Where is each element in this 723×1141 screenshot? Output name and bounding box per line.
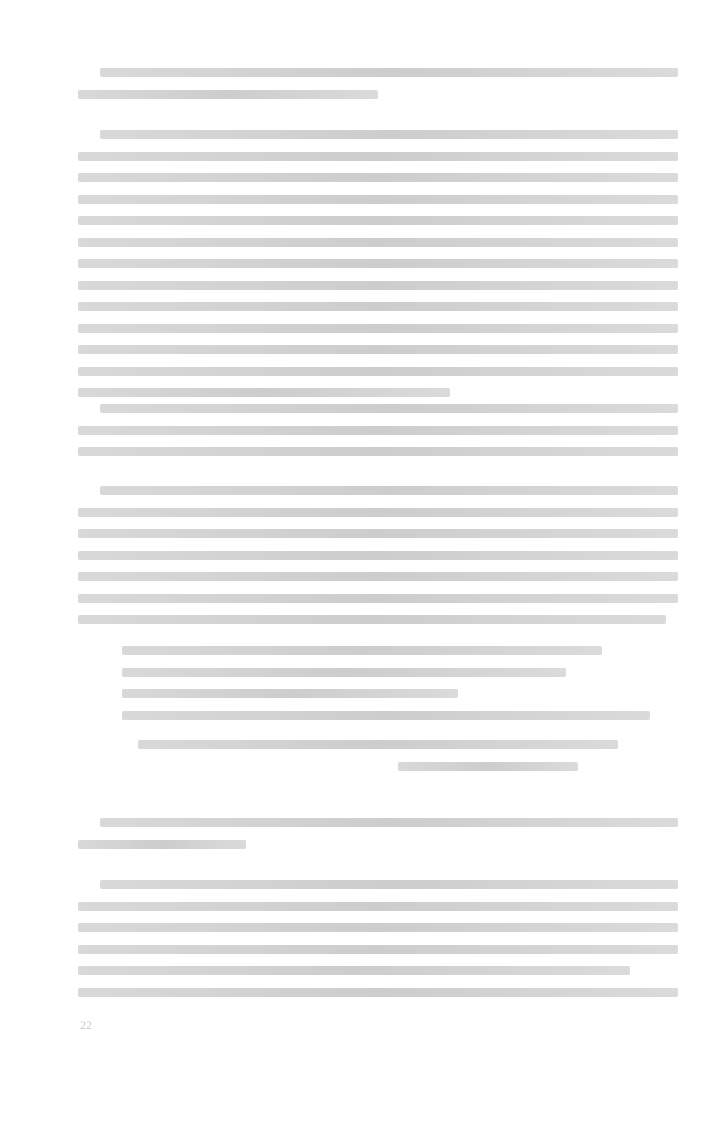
- paragraph-5: [illegible — indented block, 4 lines]: [78, 646, 678, 732]
- text-line: [78, 426, 678, 435]
- paragraph-text: [illegible — 7 lines]: [78, 486, 79, 487]
- paragraph-1: [illegible — 2 lines]: [78, 68, 678, 111]
- paragraph-7: [illegible — 2 lines]: [78, 818, 678, 861]
- paragraph-text: [illegible — indented block, 4 lines]: [78, 646, 79, 647]
- paragraph-text: [illegible — 2 lines]: [78, 818, 79, 819]
- text-line: [78, 281, 678, 290]
- text-line: [122, 646, 602, 655]
- text-line: [78, 966, 630, 975]
- text-line: [78, 259, 678, 268]
- text-line: [78, 324, 678, 333]
- text-line: [78, 345, 678, 354]
- text-line: [78, 551, 678, 560]
- text-line: [78, 945, 678, 954]
- text-line: [122, 668, 566, 677]
- text-line: [78, 152, 678, 161]
- text-line: [78, 572, 678, 581]
- text-line: [78, 923, 678, 932]
- text-line: [78, 216, 678, 225]
- text-line: [78, 508, 678, 517]
- text-line: [78, 529, 678, 538]
- text-line: [78, 90, 378, 99]
- text-line: [78, 447, 678, 456]
- text-line: [78, 594, 678, 603]
- text-line: [78, 615, 666, 624]
- paragraph-8: [illegible — 6 lines]: [78, 880, 678, 1009]
- paragraph-3: [illegible — 3 lines]: [78, 404, 678, 469]
- text-line: [398, 762, 578, 771]
- paragraph-text: [illegible — 2 short lines]: [78, 740, 79, 741]
- text-line: [78, 238, 678, 247]
- text-line: [100, 880, 678, 889]
- text-line: [100, 818, 678, 827]
- text-line: [78, 388, 450, 397]
- paragraph-text: [illegible — 6 lines]: [78, 880, 79, 881]
- text-line: [78, 840, 246, 849]
- text-line: [100, 130, 678, 139]
- text-line: [100, 68, 678, 77]
- text-line: [138, 740, 618, 749]
- paragraph-text: [illegible — 2 lines]: [78, 68, 79, 69]
- page-number: 22: [80, 1018, 92, 1033]
- text-line: [122, 689, 458, 698]
- paragraph-6: [illegible — 2 short lines]: [78, 740, 678, 783]
- text-line: [100, 404, 678, 413]
- paragraph-4: [illegible — 7 lines]: [78, 486, 678, 637]
- text-line: [78, 367, 678, 376]
- text-line: [78, 302, 678, 311]
- text-line: [78, 902, 678, 911]
- text-line: [122, 711, 650, 720]
- text-line: [78, 173, 678, 182]
- text-line: [78, 195, 678, 204]
- paragraph-text: [illegible — 3 lines]: [78, 404, 79, 405]
- paragraph-2: [illegible — 13 lines]: [78, 130, 678, 410]
- text-line: [100, 486, 678, 495]
- document-page: [illegible — 2 lines][illegible — 13 lin…: [0, 0, 723, 1141]
- paragraph-text: [illegible — 13 lines]: [78, 130, 79, 131]
- text-line: [78, 988, 678, 997]
